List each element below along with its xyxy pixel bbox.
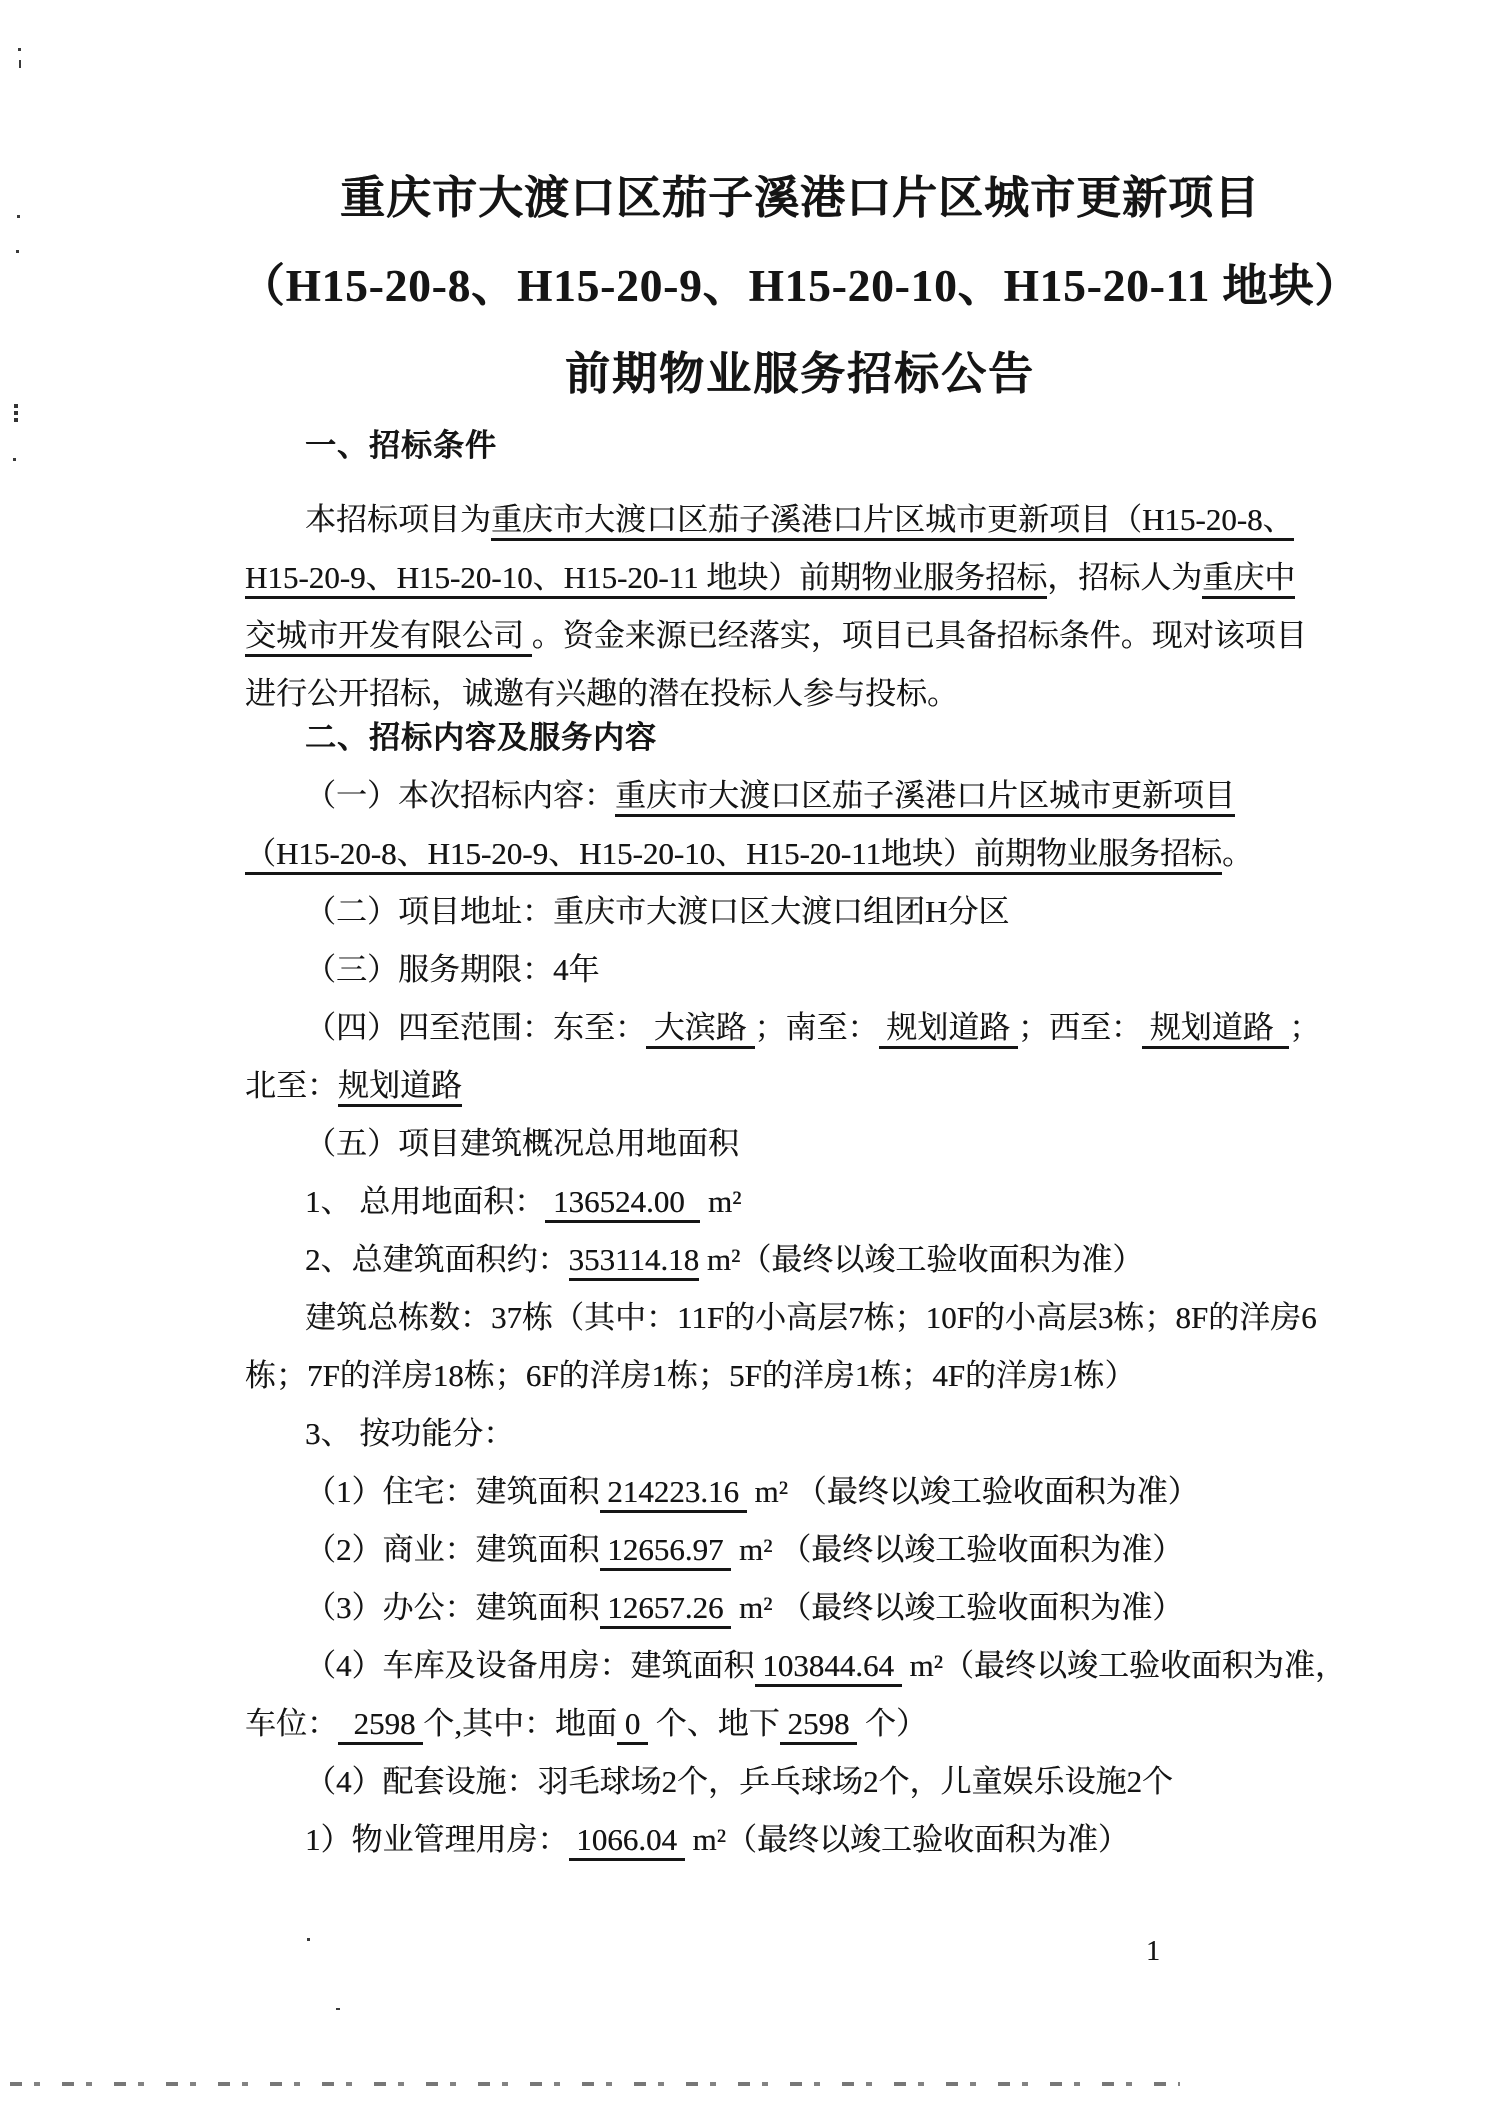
text-line: 栋；7F的洋房18栋；6F的洋房1栋；5F的洋房1栋；4F的洋房1栋） <box>245 1347 1285 1405</box>
filled-blank: 1066.04 <box>569 1822 685 1861</box>
filled-blank: 0 <box>617 1706 648 1745</box>
filled-blank: 12657.26 <box>600 1590 732 1629</box>
text-segment: m²（最终以竣工验收面积为准， <box>902 1648 1346 1683</box>
document-body: 一、招标条件本招标项目为重庆市大渡口区茄子溪港口片区城市更新项目（H15-20-… <box>245 417 1285 1869</box>
text-line: 车位： 2598 个,其中：地面 0 个、地下 2598 个） <box>245 1695 1285 1753</box>
filled-blank: 规划道路 <box>338 1068 462 1107</box>
filled-blank: 重庆市大渡口区茄子溪港口片区城市更新项目（H15-20-8、 <box>491 502 1294 541</box>
text-segment: （二）项目地址：重庆市大渡口区大渡口组团H分区 <box>305 894 1009 929</box>
text-line: （五）项目建筑概况总用地面积 <box>245 1115 1285 1173</box>
filled-blank: 12656.97 <box>600 1532 732 1571</box>
filled-blank: 103844.64 <box>755 1648 902 1687</box>
text-line: （4）配套设施：羽毛球场2个，乒乓球场2个，儿童娱乐设施2个 <box>245 1753 1285 1811</box>
filled-blank: 规划道路 <box>1142 1010 1289 1049</box>
text-segment: ，招标人为 <box>1047 560 1202 595</box>
text-segment: 进行公开招标，诚邀有兴趣的潜在投标人参与投标。 <box>245 676 958 711</box>
text-line: （3）办公：建筑面积 12657.26 m² （最终以竣工验收面积为准） <box>245 1579 1285 1637</box>
text-line: 建筑总栋数：37栋（其中：11F的小高层7栋；10F的小高层3栋；8F的洋房6 <box>245 1289 1285 1347</box>
title-line-1: 重庆市大渡口区茄子溪港口片区城市更新项目 <box>170 154 1430 242</box>
filled-blank: H15-20-9、H15-20-10、H15-20-11 地块）前期物业服务招标 <box>245 560 1047 599</box>
filled-blank: 交城市开发有限公司 <box>245 618 532 657</box>
text-segment: 个） <box>857 1706 927 1741</box>
page-number: 1 <box>1146 1936 1160 1968</box>
text-line: 交城市开发有限公司 。资金来源已经落实，项目已具备招标条件。现对该项目 <box>245 607 1285 665</box>
document-title: 重庆市大渡口区茄子溪港口片区城市更新项目 （H15-20-8、H15-20-9、… <box>170 154 1430 418</box>
filled-blank: 规划道路 <box>879 1010 1019 1049</box>
text-segment: m² （最终以竣工验收面积为准） <box>747 1474 1199 1509</box>
title-line-2: （H15-20-8、H15-20-9、H15-20-10、H15-20-11 地… <box>170 242 1430 330</box>
scan-artifact <box>17 215 20 218</box>
text-segment: 2、总建筑面积约： <box>305 1242 569 1277</box>
scan-artifact <box>336 2008 340 2010</box>
text-segment: 个、地下 <box>648 1706 780 1741</box>
filled-blank: 2598 <box>780 1706 858 1745</box>
text-segment: ；西至： <box>1018 1010 1142 1045</box>
text-segment: （五）项目建筑概况总用地面积 <box>305 1126 739 1161</box>
text-line: （2）商业：建筑面积 12656.97 m² （最终以竣工验收面积为准） <box>245 1521 1285 1579</box>
text-line: 1、 总用地面积： 136524.00 m² <box>245 1173 1285 1231</box>
scan-artifact <box>18 48 21 51</box>
text-line: （H15-20-8、H15-20-9、H15-20-10、H15-20-11地块… <box>245 825 1285 883</box>
filled-blank: 重庆市大渡口区茄子溪港口片区城市更新项目 <box>615 778 1235 817</box>
text-segment: 1）物业管理用房： <box>305 1822 569 1857</box>
section-heading: 一、招标条件 <box>245 417 1285 475</box>
text-segment: 北至： <box>245 1068 338 1103</box>
filled-blank: 重庆中 <box>1202 560 1295 599</box>
text-segment: 3、 按功能分： <box>305 1416 514 1451</box>
text-segment: （2）商业：建筑面积 <box>305 1532 600 1567</box>
text-line: 本招标项目为重庆市大渡口区茄子溪港口片区城市更新项目（H15-20-8、 <box>245 491 1285 549</box>
text-line: 2、总建筑面积约：353114.18 m²（最终以竣工验收面积为准） <box>245 1231 1285 1289</box>
text-line: 3、 按功能分： <box>245 1405 1285 1463</box>
text-segment: 一、招标条件 <box>305 428 497 463</box>
text-line: 1）物业管理用房： 1066.04 m²（最终以竣工验收面积为准） <box>245 1811 1285 1869</box>
text-line: 北至：规划道路 <box>245 1057 1285 1115</box>
text-segment: ；南至： <box>755 1010 879 1045</box>
title-line-3: 前期物业服务招标公告 <box>170 330 1430 418</box>
text-segment: （四）四至范围：东至： <box>305 1010 646 1045</box>
text-segment: 。 <box>1222 836 1253 871</box>
text-segment: （3）办公：建筑面积 <box>305 1590 600 1625</box>
scan-artifact <box>19 60 21 68</box>
text-segment: 二、招标内容及服务内容 <box>305 720 657 755</box>
text-segment: （4）车库及设备用房：建筑面积 <box>305 1648 755 1683</box>
text-segment: m² （最终以竣工验收面积为准） <box>731 1590 1183 1625</box>
text-line: （二）项目地址：重庆市大渡口区大渡口组团H分区 <box>245 883 1285 941</box>
filled-blank: 353114.18 <box>569 1242 700 1281</box>
text-segment: 车位： <box>245 1706 338 1741</box>
filled-blank: 2598 <box>338 1706 423 1745</box>
text-line: H15-20-9、H15-20-10、H15-20-11 地块）前期物业服务招标… <box>245 549 1285 607</box>
text-segment: （三）服务期限：4年 <box>305 952 600 987</box>
scan-artifact <box>13 458 16 461</box>
text-line: （四）四至范围：东至： 大滨路 ；南至： 规划道路 ；西至： 规划道路 ； <box>245 999 1285 1057</box>
text-segment: （1）住宅：建筑面积 <box>305 1474 600 1509</box>
text-segment: 个,其中：地面 <box>423 1706 617 1741</box>
text-line: （三）服务期限：4年 <box>245 941 1285 999</box>
text-segment: 。资金来源已经落实，项目已具备招标条件。现对该项目 <box>532 618 1307 653</box>
text-segment: m² <box>700 1184 741 1219</box>
text-segment: （4）配套设施：羽毛球场2个，乒乓球场2个，儿童娱乐设施2个 <box>305 1764 1173 1799</box>
scan-noise-line <box>10 2082 1180 2086</box>
scan-artifact <box>14 404 18 424</box>
text-line: （一）本次招标内容：重庆市大渡口区茄子溪港口片区城市更新项目 <box>245 767 1285 825</box>
filled-blank: 大滨路 <box>646 1010 755 1049</box>
text-line: （1）住宅：建筑面积 214223.16 m² （最终以竣工验收面积为准） <box>245 1463 1285 1521</box>
text-segment: （一）本次招标内容： <box>305 778 615 813</box>
text-segment: m²（最终以竣工验收面积为准） <box>685 1822 1129 1857</box>
text-segment: m²（最终以竣工验收面积为准） <box>699 1242 1143 1277</box>
text-segment: 建筑总栋数：37栋（其中：11F的小高层7栋；10F的小高层3栋；8F的洋房6 <box>305 1300 1317 1335</box>
text-segment: 栋；7F的洋房18栋；6F的洋房1栋；5F的洋房1栋；4F的洋房1栋） <box>245 1358 1135 1393</box>
filled-blank: （H15-20-8、H15-20-9、H15-20-10、H15-20-11地块… <box>245 836 1222 875</box>
text-segment: 1、 总用地面积： <box>305 1184 545 1219</box>
text-segment: 本招标项目为 <box>305 502 491 537</box>
text-line: （4）车库及设备用房：建筑面积 103844.64 m²（最终以竣工验收面积为准… <box>245 1637 1285 1695</box>
text-segment: m² （最终以竣工验收面积为准） <box>731 1532 1183 1567</box>
filled-blank: 214223.16 <box>600 1474 747 1513</box>
filled-blank: 136524.00 <box>545 1184 700 1223</box>
scan-artifact <box>307 1938 310 1941</box>
scan-artifact <box>16 250 19 253</box>
text-segment: ； <box>1289 1010 1320 1045</box>
